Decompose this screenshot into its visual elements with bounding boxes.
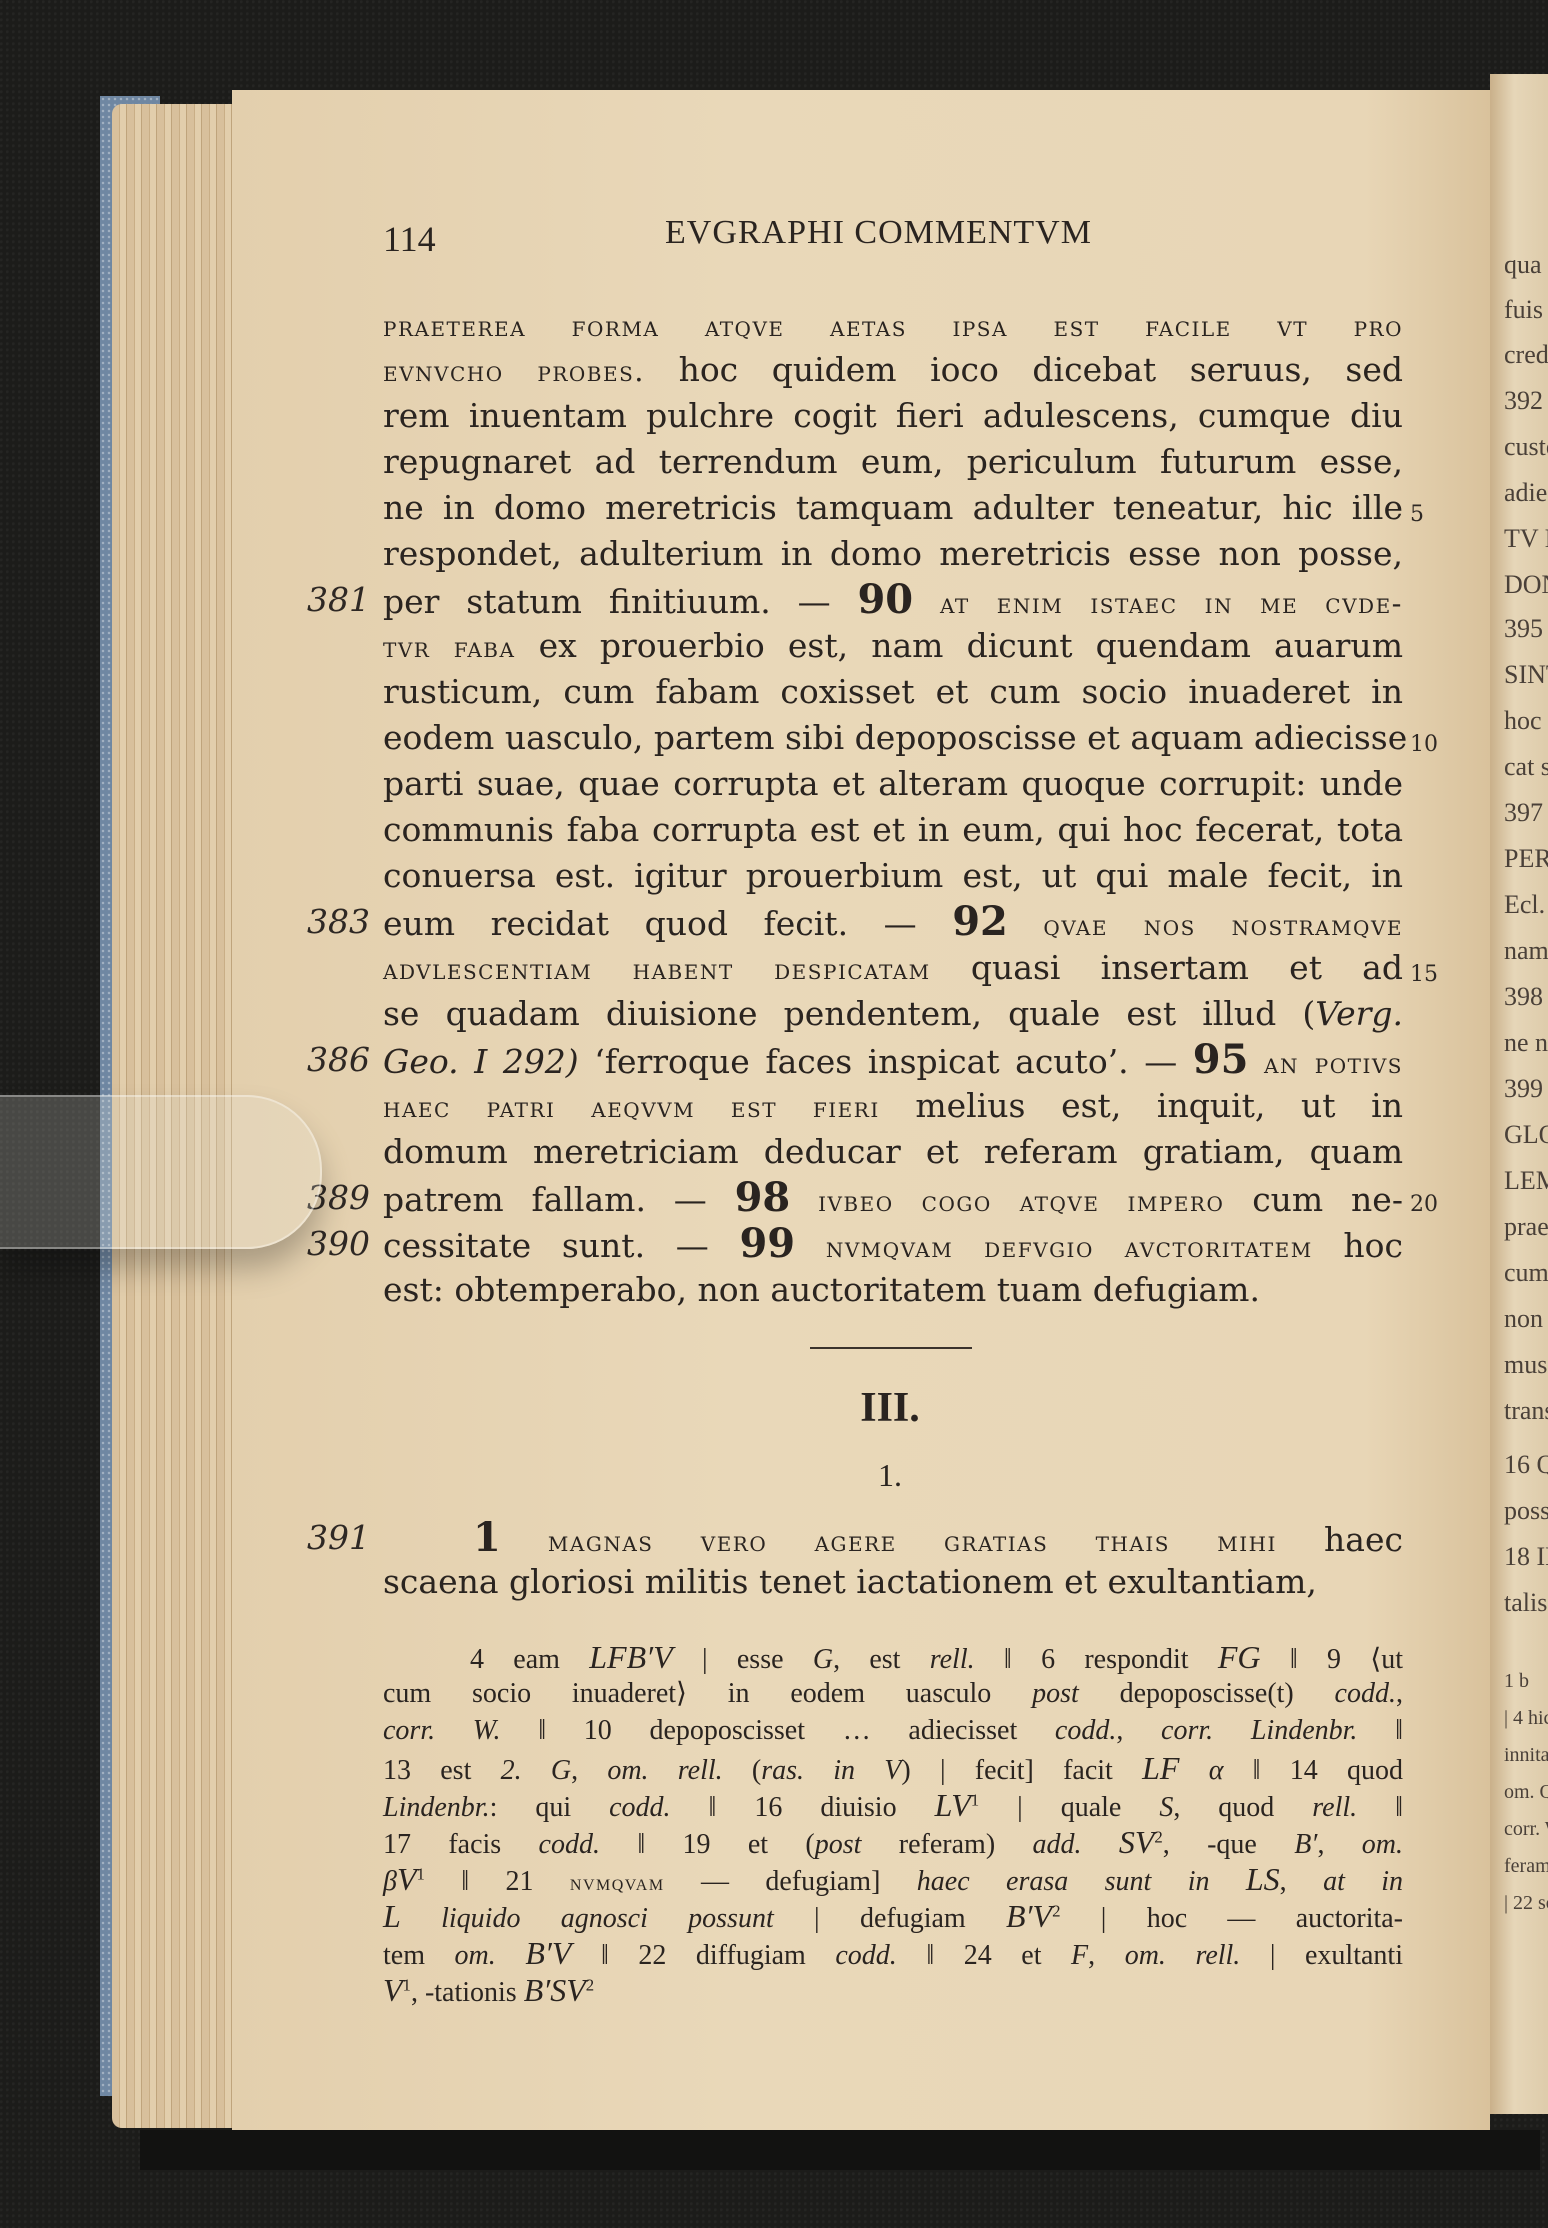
line-number: 10 (1410, 732, 1438, 757)
text-line: EVNVCHO PROBES. hoc quidem ioco dicebat … (383, 350, 1403, 391)
adjacent-page-text: cred (1504, 340, 1548, 370)
text-line: rusticum, cum fabam coxisset et cum soci… (383, 672, 1403, 712)
subsection-number: 1. (0, 1457, 1548, 1494)
adjacent-page-text: talis est (1504, 1588, 1548, 1618)
adjacent-page-text: hoc e (1504, 706, 1548, 736)
page-number: 114 (383, 218, 436, 260)
text-line: eodem uasculo, partem sibi depoposcisse … (383, 718, 1403, 758)
adjacent-page: quafuiscred392 gratcustoadiecTV LDONO395… (1490, 74, 1548, 2114)
adjacent-page-text: qua (1504, 250, 1542, 280)
footnote-line: V1, -tationis B′SV2 (383, 1973, 1403, 2010)
adjacent-page-text: | 22 sol (1504, 1892, 1548, 1915)
adjacent-page-text: cat si (1504, 752, 1548, 782)
adjacent-page-text: mus m (1504, 1350, 1548, 1380)
text-line: est: obtemperabo, non auctoritatem tuam … (383, 1270, 1403, 1310)
text-line: per statum finitiuum. — 90 AT ENIM ISTAE… (383, 580, 1403, 623)
section-heading: III. (0, 1384, 1548, 1432)
margin-reference: 391 (295, 1518, 370, 1557)
adjacent-page-text: GLORIA (1504, 1120, 1548, 1150)
text-line: HAEC PATRI AEQVVM EST FIERI melius est, … (383, 1086, 1403, 1127)
footnote-line: corr. W. ‖ 10 depoposcisset … adiecisset… (383, 1714, 1403, 1748)
margin-reference: 390 (295, 1224, 370, 1263)
book-board-bottom (140, 2130, 1540, 2170)
adjacent-page-text: 395 PHAT (1504, 614, 1548, 644)
footnote-line: βV1 ‖ 21 NVMQVAM — defugiam] haec erasa … (383, 1862, 1403, 1900)
adjacent-page-text: SINT (1504, 660, 1548, 690)
margin-reference: 383 (295, 902, 370, 941)
adjacent-page-text: 392 grat (1504, 386, 1548, 416)
adjacent-page-text: | 4 hic (1504, 1707, 1548, 1730)
text-line: parti suae, quae corrupta et alteram quo… (383, 764, 1403, 804)
footnote-line: 13 est 2. G, om. rell. (ras. in V) | fec… (383, 1751, 1403, 1788)
line-number: 5 (1410, 502, 1424, 527)
section-divider-rule (810, 1347, 972, 1349)
footnote-line: L liquido agnosci possunt | defugiam B′V… (383, 1899, 1403, 1936)
text-line: 1 MAGNAS VERO AGERE GRATIAS THAIS MIHI h… (383, 1518, 1403, 1561)
footnote-line: cum socio inuaderet⟩ in eodem uasculo po… (383, 1677, 1403, 1711)
transparent-bookmark-clip[interactable] (0, 1095, 322, 1249)
adjacent-page-text: PER G (1504, 844, 1548, 874)
adjacent-page-text: corr. W. (1504, 1818, 1548, 1841)
footnote-line: 4 eam LFB′V | esse G, est rell. ‖ 6 resp… (470, 1640, 1403, 1677)
adjacent-page-text: non ad (1504, 1304, 1548, 1334)
adjacent-page-text: 1 b (1504, 1670, 1529, 1693)
text-line: ne in domo meretricis tamquam adulter te… (383, 488, 1403, 528)
line-number: 20 (1410, 1192, 1438, 1217)
adjacent-page-text: praepar (1504, 1212, 1548, 1242)
adjacent-page-text: 18 IMM (1504, 1542, 1548, 1572)
adjacent-page-text: 399 omnibu (1504, 1074, 1548, 1104)
text-line: scaena gloriosi militis tenet iactatione… (383, 1562, 1403, 1602)
text-line: se quadam diuisione pendentem, quale est… (383, 994, 1403, 1034)
text-line: rem inuentam pulchre cogit fieri adulesc… (383, 396, 1403, 436)
running-title: EVGRAPHI COMMENTVM (665, 214, 1092, 252)
margin-reference: 386 (295, 1040, 370, 1079)
adjacent-page-text: DONO (1504, 570, 1548, 600)
adjacent-page-text: LEM QV (1504, 1166, 1548, 1196)
text-line: TVR FABA ex prouerbio est, nam dicunt qu… (383, 626, 1403, 667)
text-line: conuersa est. igitur prouerbium est, ut … (383, 856, 1403, 896)
text-line: eum recidat quod fecit. — 92 QVAE NOS NO… (383, 902, 1403, 945)
adjacent-page-text: ne nat (1504, 1028, 1548, 1058)
adjacent-page-text: adiec (1504, 478, 1548, 508)
adjacent-page-text: om. QVO (1504, 1781, 1548, 1804)
text-line: PRAETEREA FORMA ATQVE AETAS IPSA EST FAC… (383, 305, 1403, 346)
footnote-line: tem om. B′V ‖ 22 diffugiam codd. ‖ 24 et… (383, 1936, 1403, 1973)
adjacent-page-text: nam’. (1504, 936, 1548, 966)
footnote-line: Lindenbr.: qui codd. ‖ 16 diuisio LV1 | … (383, 1788, 1403, 1825)
text-line: respondet, adulterium in domo meretricis… (383, 534, 1403, 574)
adjacent-page-text: TV L (1504, 524, 1548, 554)
text-line: Geo. I 292) ‘ferroque faces inspicat acu… (383, 1040, 1403, 1083)
adjacent-page-text: fuis (1504, 295, 1543, 325)
text-line: cessitate sunt. — 99 NVMQVAM DEFVGIO AVC… (383, 1224, 1403, 1267)
line-number: 15 (1410, 962, 1438, 987)
adjacent-page-text: custo (1504, 432, 1548, 462)
text-line: ADVLESCENTIAM HABENT DESPICATAM quasi in… (383, 948, 1403, 989)
text-line: domum meretriciam deducar et referam gra… (383, 1132, 1403, 1172)
adjacent-page-text: feram c (1504, 1855, 1548, 1878)
adjacent-page-text: innita (1504, 1744, 1548, 1767)
text-line: patrem fallam. — 98 IVBEO COGO ATQVE IMP… (383, 1178, 1403, 1221)
adjacent-page-text: cumque (1504, 1258, 1548, 1288)
adjacent-page-text: posset (1504, 1496, 1548, 1526)
footnote-line: 17 facis codd. ‖ 19 et (post referam) ad… (383, 1825, 1403, 1862)
text-line: communis faba corrupta est et in eum, qu… (383, 810, 1403, 850)
adjacent-page-text: 398 quodcu (1504, 982, 1548, 1012)
adjacent-page-text: 397 quae (1504, 798, 1548, 828)
margin-reference: 381 (295, 580, 370, 619)
adjacent-page-text: Ecl. V (1504, 890, 1548, 920)
text-line: repugnaret ad terrendum eum, periculum f… (383, 442, 1403, 482)
